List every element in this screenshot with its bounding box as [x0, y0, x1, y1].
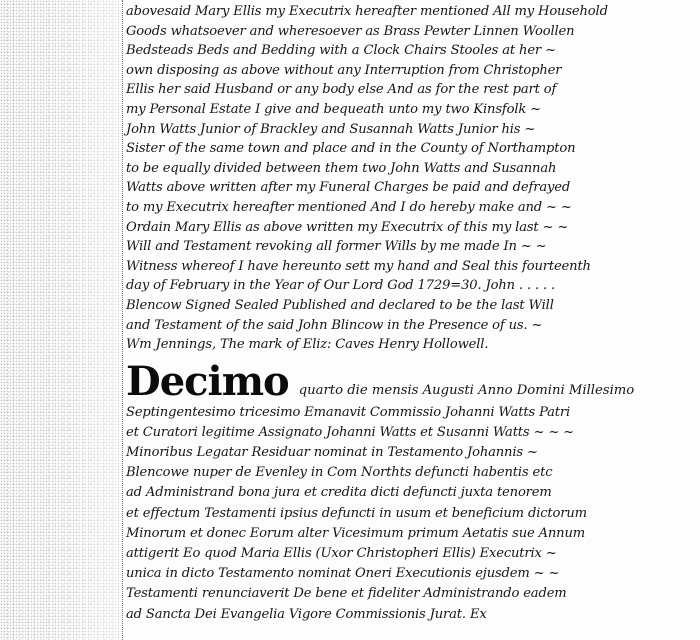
text-line: to my Executrix hereafter mentioned And …	[126, 198, 692, 218]
text-line: Ellis her said Husband or any body else …	[126, 80, 692, 100]
decimo-heading: Decimo	[126, 361, 289, 403]
text-line: et Curatori legitime Assignato Johanni W…	[126, 423, 692, 443]
text-line: to be equally divided between them two J…	[126, 159, 692, 179]
text-line: ad Administrand bona jura et credita dic…	[126, 483, 692, 503]
text-line: Bedsteads Beds and Bedding with a Clock …	[126, 41, 692, 61]
text-line: Testamenti renunciaverit De bene et fide…	[126, 584, 692, 604]
margin-rule	[122, 0, 123, 640]
text-line: Goods whatsoever and wheresoever as Bras…	[126, 22, 692, 42]
text-line: John Watts Junior of Brackley and Susann…	[126, 120, 692, 140]
manuscript-text: abovesaid Mary Ellis my Executrix hereaf…	[126, 2, 696, 625]
text-line: Blencow Signed Sealed Published and decl…	[126, 296, 692, 316]
text-line: Ordain Mary Ellis as above written my Ex…	[126, 218, 692, 238]
text-line: Will and Testament revoking all former W…	[126, 237, 692, 257]
text-line: Minoribus Legatar Residuar nominat in Te…	[126, 443, 692, 463]
text-line: my Personal Estate I give and bequeath u…	[126, 100, 692, 120]
text-line: ad Sancta Dei Evangelia Vigore Commissio…	[126, 605, 692, 625]
text-line: abovesaid Mary Ellis my Executrix hereaf…	[126, 2, 692, 22]
text-line: and Testament of the said John Blincow i…	[126, 316, 692, 336]
text-line: et effectum Testamenti ipsius defuncti i…	[126, 504, 692, 524]
latin-administration-section: Septingentesimo tricesimo Emanavit Commi…	[126, 403, 696, 625]
text-line: unica in dicto Testamento nominat Oneri …	[126, 564, 692, 584]
text-line: Blencowe nuper de Evenley in Com Northts…	[126, 463, 692, 483]
text-line: Wm Jennings, The mark of Eliz: Caves Hen…	[126, 335, 692, 355]
english-will-section: abovesaid Mary Ellis my Executrix hereaf…	[126, 2, 696, 355]
scan-noise-fade	[0, 0, 125, 640]
text-line: Witness whereof I have hereunto sett my …	[126, 257, 692, 277]
text-line: attigerit Eo quod Maria Ellis (Uxor Chri…	[126, 544, 692, 564]
text-line: own disposing as above without any Inter…	[126, 61, 692, 81]
text-line: Watts above written after my Funeral Cha…	[126, 178, 692, 198]
text-line: day of February in the Year of Our Lord …	[126, 276, 692, 296]
text-line: Septingentesimo tricesimo Emanavit Commi…	[126, 403, 692, 423]
heading-tail-text: quarto die mensis Augusti Anno Domini Mi…	[299, 381, 635, 403]
document-scan: abovesaid Mary Ellis my Executrix hereaf…	[0, 0, 700, 640]
text-line: Sister of the same town and place and in…	[126, 139, 692, 159]
text-line: Minorum et donec Eorum alter Vicesimum p…	[126, 524, 692, 544]
latin-heading-row: Decimo quarto die mensis Augusti Anno Do…	[126, 359, 696, 403]
